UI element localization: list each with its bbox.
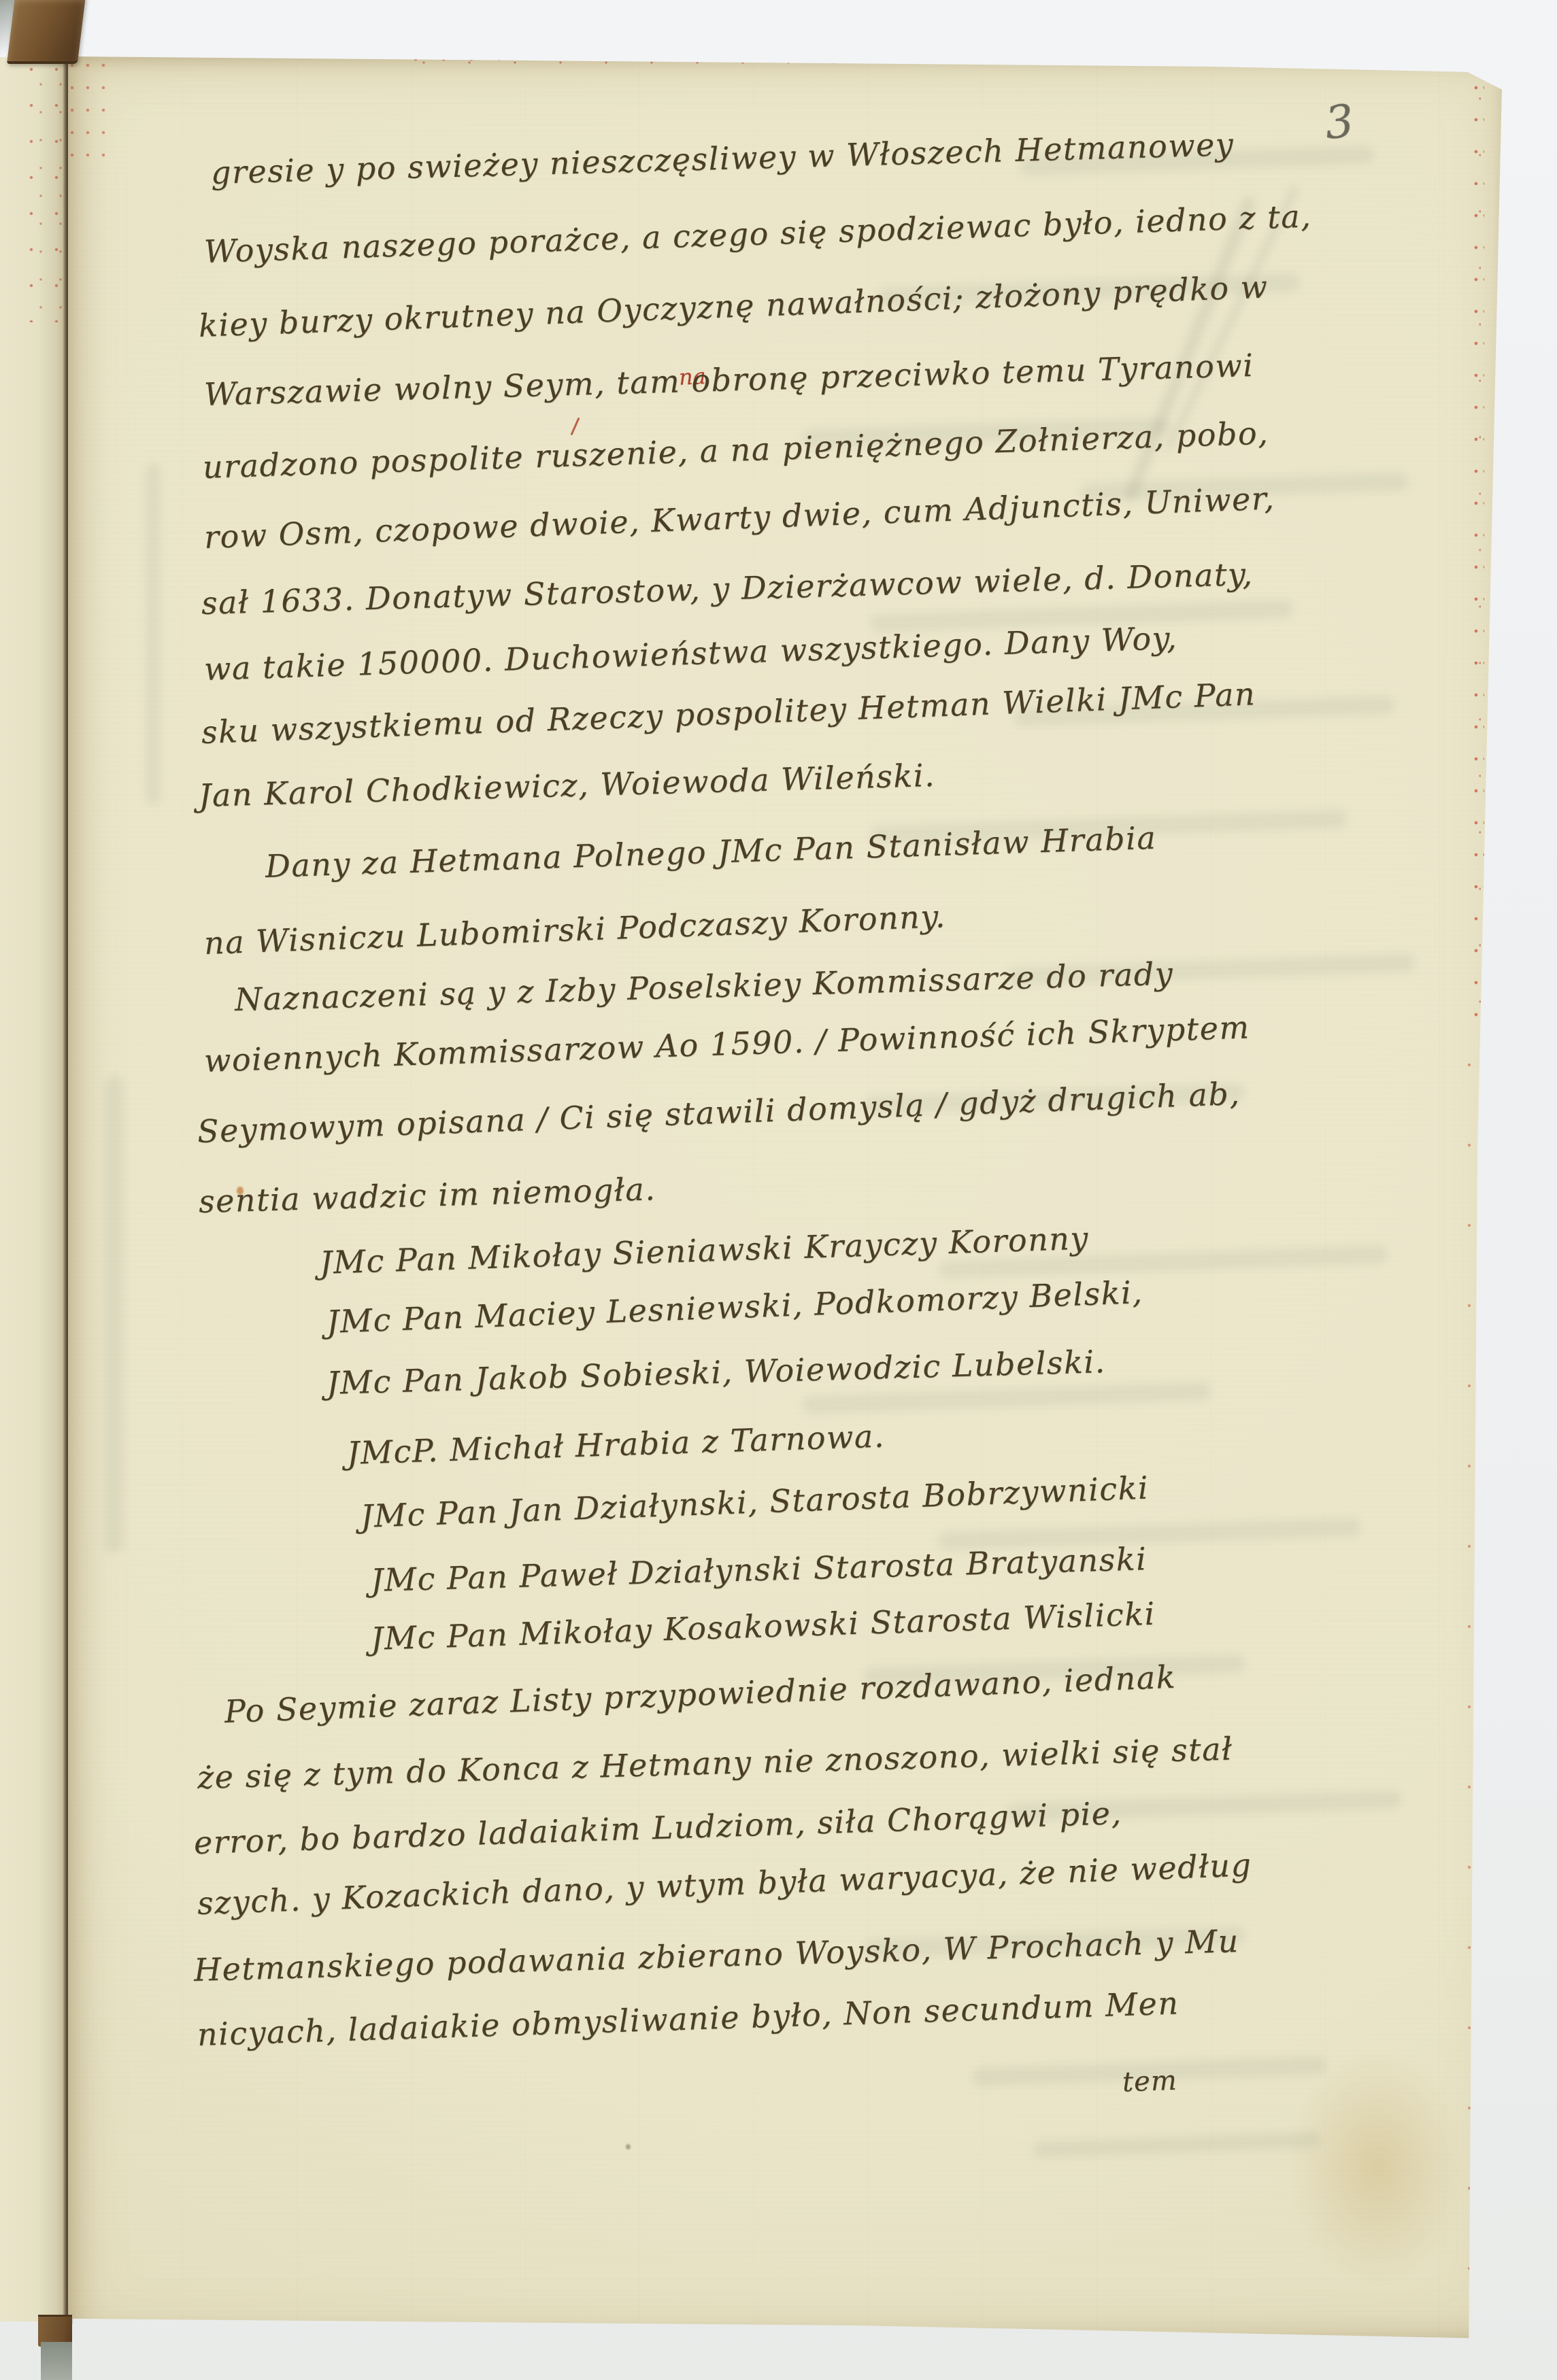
previous-page-edge (0, 57, 67, 2322)
manuscript-line: Hetmanskiego podawania zbierano Woysko, … (193, 1922, 1239, 1988)
manuscript-line: JMc Pan Maciey Lesniewski, Podkomorzy Be… (326, 1274, 1143, 1340)
red-edge-speckles-previous-page (27, 64, 65, 322)
manuscript-line: Dany za Hetmana Polnego JMc Pan Stanisła… (265, 819, 1157, 885)
manuscript-line: Po Seymie zaraz Listy przypowiednie rozd… (224, 1659, 1177, 1730)
manuscript-line: szych. y Kozackich dano, y wtym była war… (197, 1846, 1252, 1922)
manuscript-line: Warszawie wolny Seym, tam obronę przeciw… (203, 347, 1254, 413)
manuscript-line: JMcP. Michał Hrabia z Tarnowa. (346, 1417, 886, 1472)
manuscript-line: JMc Pan Jakob Sobieski, Woiewodzic Lubel… (326, 1343, 1106, 1401)
manuscript-line: JMc Pan Mikołay Sieniawski Krayczy Koron… (319, 1219, 1089, 1280)
text-layer: 3 na tem gresie y po swieżey nieszczęsli… (68, 56, 1503, 2339)
manuscript-line: sał 1633. Donatyw Starostow, y Dzierżawc… (201, 556, 1254, 622)
scanner-background: 3 na tem gresie y po swieżey nieszczęsli… (0, 0, 1557, 2380)
manuscript-line: gresie y po swieżey nieszczęsliwey w Wło… (210, 126, 1235, 191)
manuscript-line: JMc Pan Paweł Działynski Starosta Bratya… (370, 1540, 1148, 1599)
catchword: tem (1122, 2065, 1177, 2098)
manuscript-line: nicyach, ladaiakie obmysliwanie było, No… (197, 1984, 1179, 2053)
manuscript-line: Woyska naszego porażce, a czego się spod… (203, 197, 1312, 270)
manuscript-line: kiey burzy okrutney na Oyczyznę nawałnoś… (198, 268, 1269, 344)
manuscript-line: na Wisniczu Lubomirski Podczaszy Koronny… (203, 898, 947, 962)
manuscript-line: woiennych Kommissarzow Ao 1590. / Powinn… (203, 1008, 1250, 1079)
manuscript-line: error, bo bardzo ladaiakim Ludziom, siła… (193, 1795, 1122, 1861)
manuscript-line: sku wszystkiemu od Rzeczy pospolitey Het… (201, 675, 1256, 751)
manuscript-line: wa takie 150000. Duchowieństwa wszystkie… (203, 619, 1178, 687)
page-number: 3 (1322, 95, 1356, 150)
manuscript-line: uradzono pospolite ruszenie, a na pienię… (202, 414, 1269, 486)
manuscript-line: JMc Pan Jan Działynski, Starosta Bobrzyw… (360, 1469, 1150, 1535)
manuscript-page: 3 na tem gresie y po swieżey nieszczęsli… (68, 56, 1503, 2339)
manuscript-line: JMc Pan Mikołay Kosakowski Starosta Wisl… (370, 1595, 1156, 1657)
manuscript-line: sentia wadzic im niemogła. (198, 1170, 656, 1220)
insertion-caret-mark (570, 418, 580, 436)
binding-strap-top (7, 0, 86, 64)
binding-strap-bottom-shadow (41, 2342, 72, 2380)
manuscript-line: Seymowym opisana / Ci się stawili domysl… (197, 1075, 1241, 1150)
manuscript-line: Jan Karol Chodkiewicz, Woiewoda Wileński… (198, 757, 936, 814)
manuscript-line: Naznaczeni są y z Izby Poselskiey Kommis… (234, 955, 1174, 1018)
manuscript-line: że się z tym do Konca z Hetmany nie znos… (197, 1730, 1233, 1796)
manuscript-line: row Osm, czopowe dwoie, Kwarty dwie, cum… (203, 479, 1275, 556)
